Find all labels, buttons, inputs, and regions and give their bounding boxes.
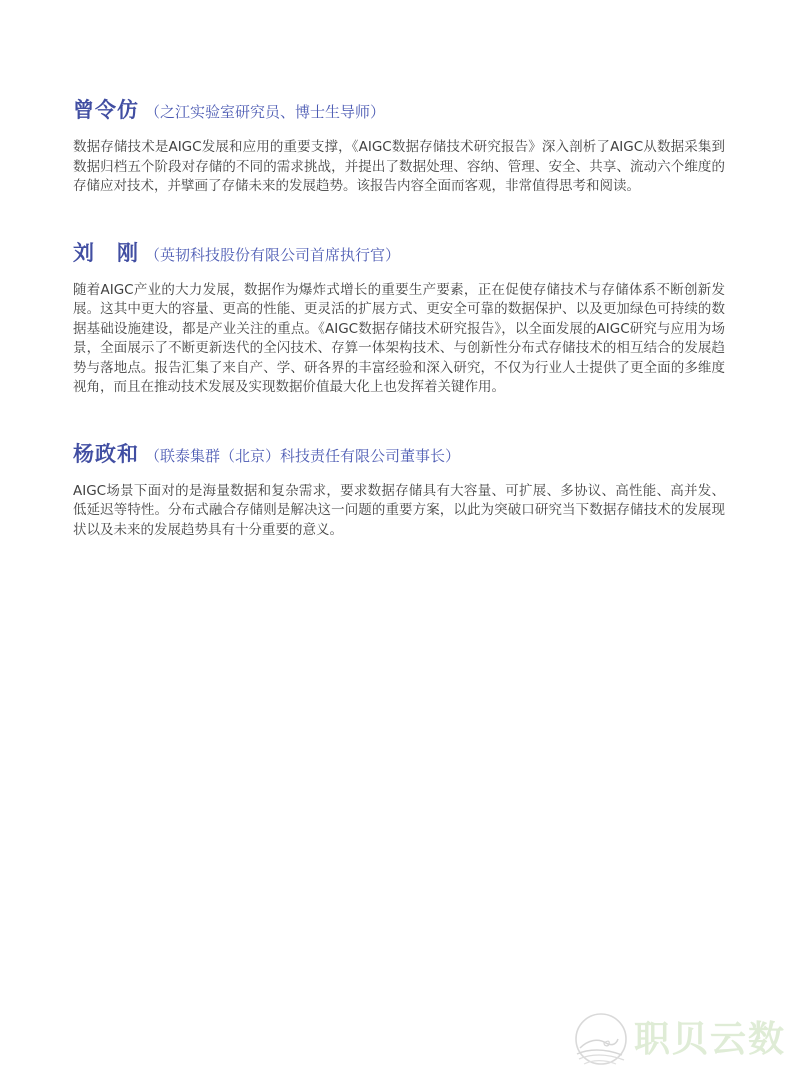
endorser-name: 曾令仿 <box>73 98 139 122</box>
endorsements-content: 曾令仿（之江实验室研究员、博士生导师） 数据存储技术是AIGC发展和应用的重要支… <box>73 96 725 582</box>
document-page: 曾令仿（之江实验室研究员、博士生导师） 数据存储技术是AIGC发展和应用的重要支… <box>0 0 794 1077</box>
endorser-title: （联泰集群（北京）科技责任有限公司董事长） <box>145 447 460 465</box>
endorser-heading-1: 曾令仿（之江实验室研究员、博士生导师） <box>73 96 725 125</box>
endorsement-text: AIGC场景下面对的是海量数据和复杂需求，要求数据存储具有大容量、可扩展、多协议… <box>73 482 725 541</box>
watermark-text: 职贝云数 <box>634 1022 786 1058</box>
endorsement-section-2: 刘 刚（英韧科技股份有限公司首席执行官） 随着AIGC产业的大力发展，数据作为爆… <box>73 239 725 398</box>
endorser-title: （之江实验室研究员、博士生导师） <box>145 103 385 121</box>
endorsement-text: 随着AIGC产业的大力发展，数据作为爆炸式增长的重要生产要素，正在促使存储技术与… <box>73 281 725 398</box>
endorser-title: （英韧科技股份有限公司首席执行官） <box>145 246 400 264</box>
endorser-heading-3: 杨政和（联泰集群（北京）科技责任有限公司董事长） <box>73 440 725 469</box>
endorser-name: 刘 刚 <box>73 241 139 265</box>
endorsement-section-3: 杨政和（联泰集群（北京）科技责任有限公司董事长） AIGC场景下面对的是海量数据… <box>73 440 725 541</box>
endorser-name: 杨政和 <box>73 442 139 466</box>
endorsement-text: 数据存储技术是AIGC发展和应用的重要支撑，《AIGC数据存储技术研究报告》深入… <box>73 138 725 197</box>
wave-moon-logo-icon <box>574 1012 630 1068</box>
endorser-heading-2: 刘 刚（英韧科技股份有限公司首席执行官） <box>73 239 725 268</box>
endorsement-section-1: 曾令仿（之江实验室研究员、博士生导师） 数据存储技术是AIGC发展和应用的重要支… <box>73 96 725 197</box>
watermark: 职贝云数 <box>574 1012 786 1068</box>
